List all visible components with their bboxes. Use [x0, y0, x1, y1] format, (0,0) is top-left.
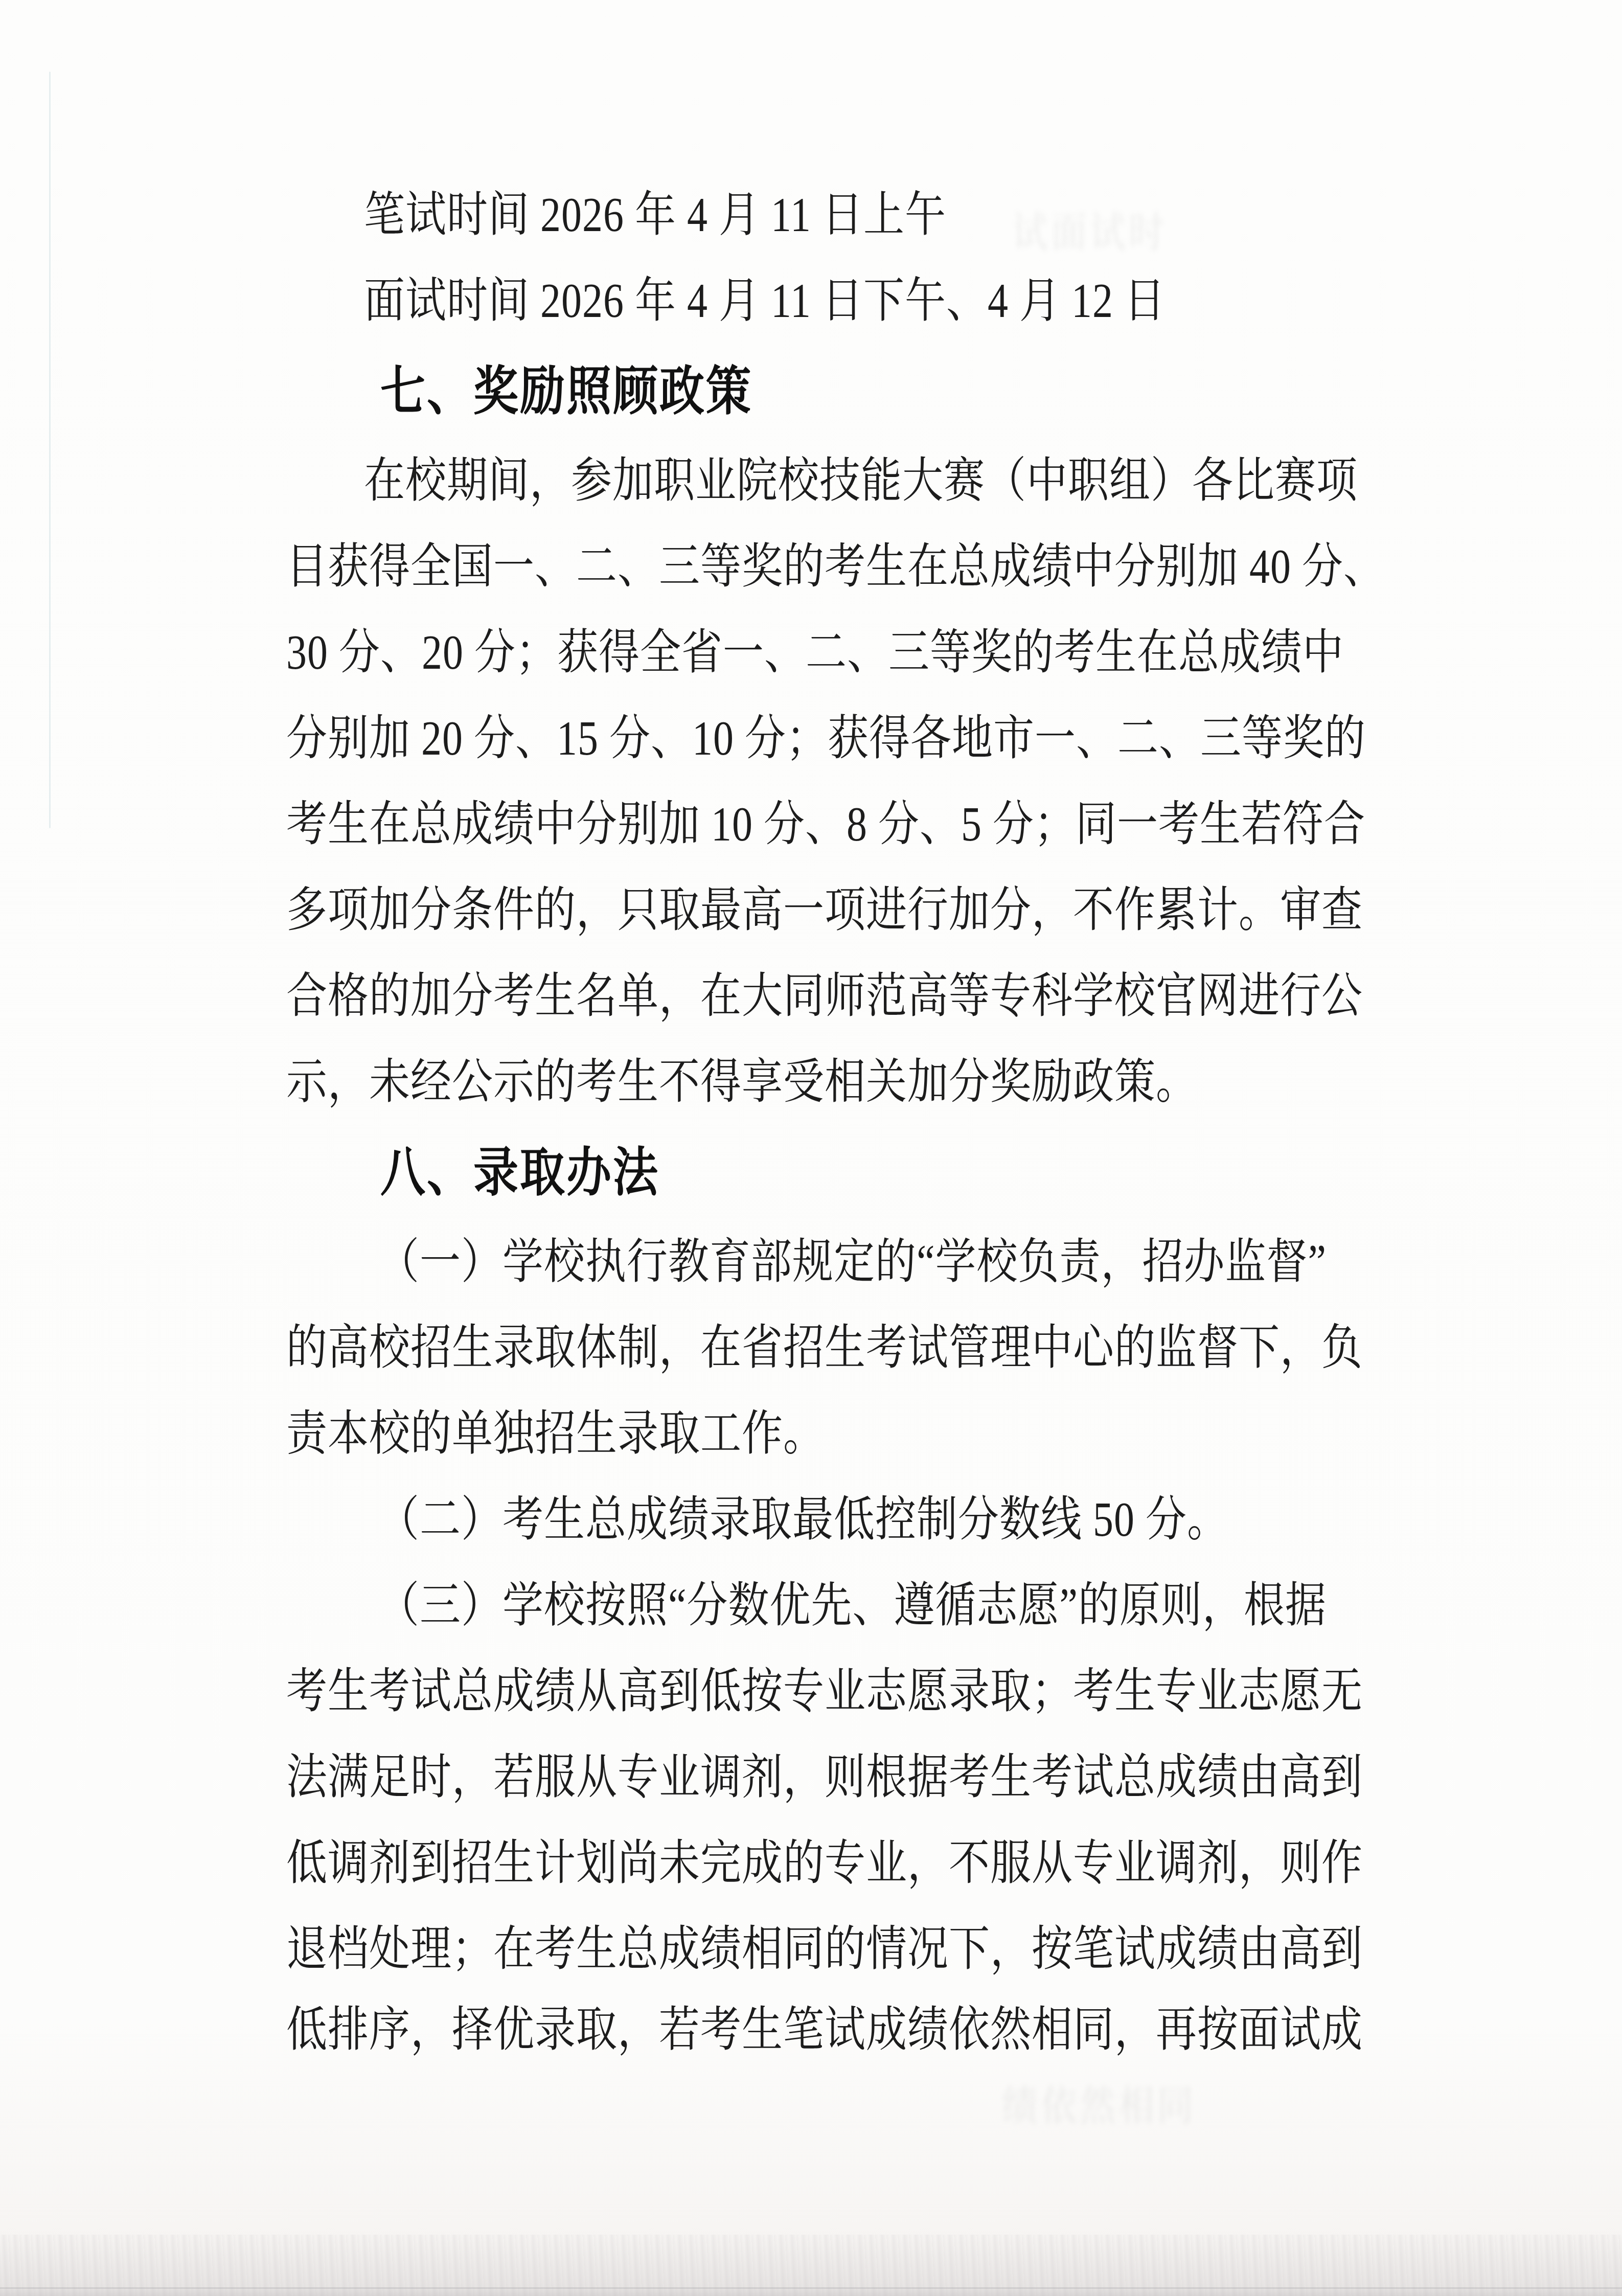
text-line: 分别加 20 分、15 分、10 分；获得各地市一、二、三等奖的 [286, 710, 1366, 768]
text-line-item-3: （三）学校按照“分数优先、遵循志愿”的原则，根据 [378, 1577, 1327, 1635]
text-line: 考生考试总成绩从高到低按专业志愿录取；考生专业志愿无 [286, 1663, 1363, 1721]
document-page: 笔试时间 2026 年 4 月 11 日上午 面试时间 2026 年 4 月 1… [0, 0, 1622, 2296]
text-line: 示，未经公示的考生不得享受相关加分奖励政策。 [286, 1054, 1197, 1111]
text-line-item-1: （一）学校执行教育部规定的“学校负责，招办监督” [378, 1234, 1327, 1291]
scan-artifact-bottom-noise [0, 2235, 1622, 2296]
scan-artifact-bottom-edge [0, 2287, 1622, 2289]
text-line: 在校期间，参加职业院校技能大赛（中职组）各比赛项 [364, 452, 1358, 510]
text-line: 法满足时，若服从专业调剂，则根据考生考试总成绩由高到 [286, 1749, 1363, 1807]
text-line: 多项加分条件的，只取最高一项进行加分，不作累计。审查 [286, 882, 1363, 940]
section-heading-8-admission-method: 八、录取办法 [380, 1144, 659, 1201]
scan-artifact-ghost-text: 试面试时 [1012, 199, 1168, 259]
text-line-interview-time: 面试时间 2026 年 4 月 11 日下午、4 月 12 日 [364, 272, 1166, 330]
text-line: 低调剂到招生计划尚未完成的专业，不服从专业调剂，则作 [286, 1835, 1363, 1893]
scan-artifact-ghost-text: 绩依然相同 [1002, 2073, 1196, 2132]
scan-artifact-left-edge [49, 72, 51, 828]
text-line: 的高校招生录取体制，在省招生考试管理中心的监督下，负 [286, 1320, 1363, 1377]
text-line: 考生在总成绩中分别加 10 分、8 分、5 分；同一考生若符合 [286, 796, 1365, 854]
text-line-written-exam-time: 笔试时间 2026 年 4 月 11 日上午 [364, 187, 946, 244]
text-line: 目获得全国一、二、三等奖的考生在总成绩中分别加 40 分、 [286, 538, 1385, 596]
text-line: 低排序，择优录取，若考生笔试成绩依然相同，再按面试成 [286, 2002, 1363, 2059]
text-line: 退档处理；在考生总成绩相同的情况下，按笔试成绩由高到 [286, 1921, 1363, 1979]
text-line-item-2: （二）考生总成绩录取最低控制分数线 50 分。 [378, 1491, 1228, 1549]
text-line: 30 分、20 分；获得全省一、二、三等奖的考生在总成绩中 [286, 624, 1344, 682]
text-line: 合格的加分考生名单，在大同师范高等专科学校官网进行公 [286, 968, 1363, 1026]
section-heading-7-reward-policy: 七、奖励照顾政策 [380, 362, 752, 420]
text-line: 责本校的单独招生录取工作。 [286, 1405, 825, 1463]
